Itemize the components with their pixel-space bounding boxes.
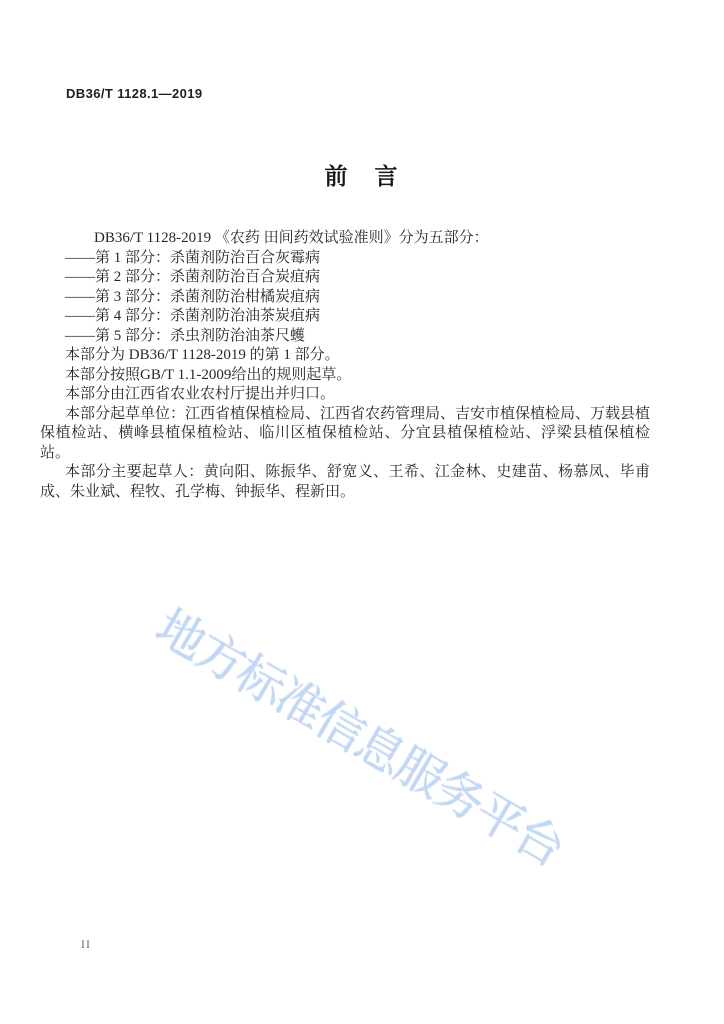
foreword-part-5: ——第 5 部分：杀虫剂防治油茶尺蠖	[40, 327, 650, 347]
foreword-part-3: ——第 3 部分：杀菌剂防治柑橘炭疽病	[40, 288, 650, 308]
foreword-part-1: ——第 1 部分：杀菌剂防治百合灰霉病	[40, 249, 650, 269]
foreword-paragraph-main-drafters: 本部分主要起草人：黄向阳、陈振华、舒宽义、王希、江金林、史建苗、杨慕凤、毕甫成、…	[40, 463, 650, 502]
foreword-paragraph-drafting-organizations: 本部分起草单位：江西省植保植检局、江西省农药管理局、吉安市植保植检局、万载县植保…	[40, 405, 650, 464]
foreword-intro: DB36/T 1128-2019 《农药 田间药效试验准则》分为五部分：	[40, 229, 650, 249]
standard-code-header: DB36/T 1128.1—2019	[66, 86, 203, 101]
foreword-part-2: ——第 2 部分：杀菌剂防治百合炭疽病	[40, 268, 650, 288]
watermark-text: 地方标准信息服务平台	[146, 590, 579, 880]
foreword-paragraph-proposed-by: 本部分由江西省农业农村厅提出并归口。	[40, 385, 650, 405]
page-number: II	[81, 937, 91, 952]
document-page: DB36/T 1128.1—2019 前 言 DB36/T 1128-2019 …	[0, 0, 724, 1024]
foreword-part-4: ——第 4 部分：杀菌剂防治油茶炭疽病	[40, 307, 650, 327]
page-title: 前 言	[0, 158, 724, 191]
foreword-body: DB36/T 1128-2019 《农药 田间药效试验准则》分为五部分： ——第…	[40, 229, 650, 502]
foreword-paragraph-drafting-rules: 本部分按照GB/T 1.1-2009给出的规则起草。	[40, 366, 650, 386]
foreword-paragraph-part-of: 本部分为 DB36/T 1128-2019 的第 1 部分。	[40, 346, 650, 366]
